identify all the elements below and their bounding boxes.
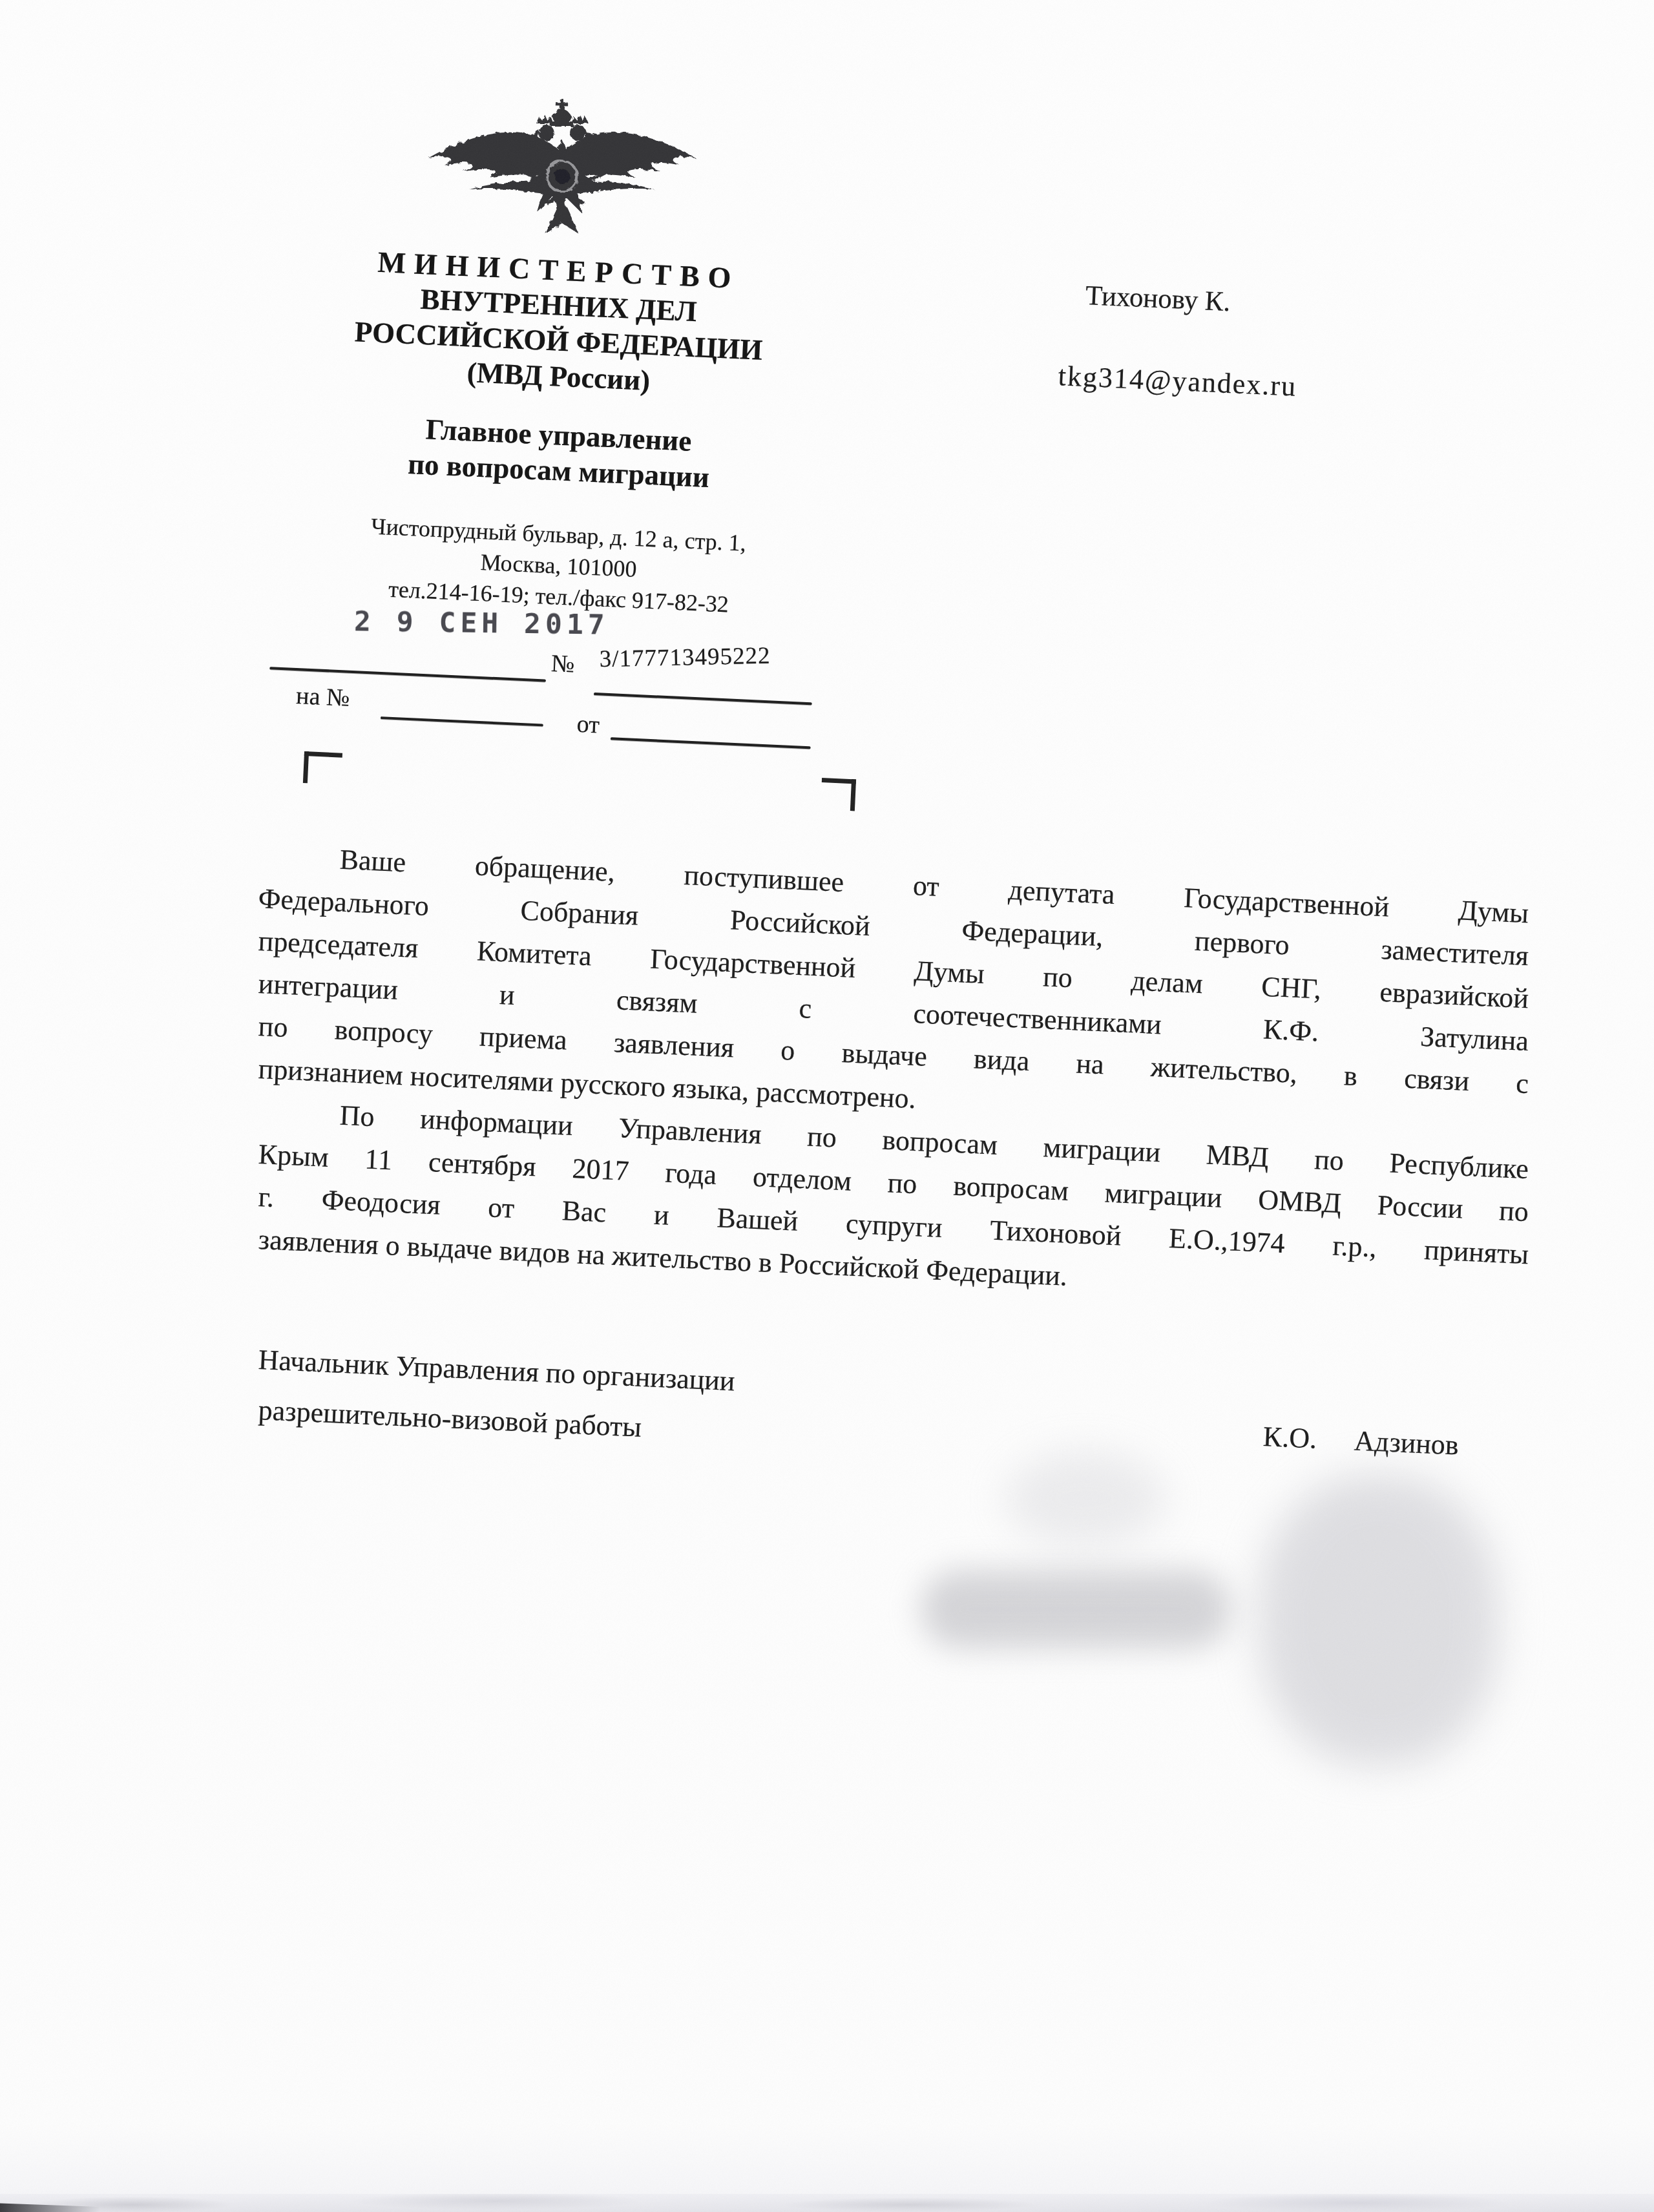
signer-initials: К.О. bbox=[1262, 1421, 1317, 1455]
addressee-name: Тихонову К. bbox=[1085, 280, 1231, 318]
scanned-letter-page: МИНИСТЕРСТВО ВНУТРЕННИХ ДЕЛ РОССИЙСКОЙ Ф… bbox=[0, 0, 1654, 2212]
date-rule-line bbox=[269, 667, 546, 682]
redacted-signature-smudge bbox=[1259, 1475, 1499, 1766]
eagle-central-crown bbox=[550, 99, 574, 127]
number-label: № bbox=[550, 649, 575, 679]
address-corner-mark-left bbox=[303, 751, 342, 785]
from-rule-line bbox=[611, 737, 811, 749]
letterhead: МИНИСТЕРСТВО ВНУТРЕННИХ ДЕЛ РОССИЙСКОЙ Ф… bbox=[294, 240, 824, 477]
outgoing-number: 3/177713495222 bbox=[599, 642, 771, 674]
reply-to-rule-line bbox=[381, 716, 543, 726]
signer-name: К.О.Адзинов bbox=[1262, 1420, 1460, 1462]
reference-row: № 3/177713495222 на № от bbox=[262, 630, 836, 778]
number-rule-line bbox=[594, 693, 812, 705]
addressee-email: tkg314@yandex.ru bbox=[1058, 359, 1297, 403]
mvd-eagle-emblem-icon bbox=[423, 98, 707, 237]
signer-position: Начальник Управления по организации разр… bbox=[258, 1335, 905, 1435]
scan-edge-band bbox=[0, 2194, 1654, 2212]
redacted-signature-smudge bbox=[1005, 1450, 1166, 1547]
from-label: от bbox=[576, 710, 600, 740]
letterhead-address: Чистопрудный бульвар, д. 12 а, стр. 1, М… bbox=[294, 507, 824, 600]
reply-to-label: на № bbox=[295, 682, 350, 713]
signer-surname: Адзинов bbox=[1354, 1424, 1460, 1461]
letter-body: Ваше обращение, поступившее от депутата … bbox=[258, 835, 1530, 1261]
address-corner-mark-right bbox=[821, 778, 856, 811]
redacted-signature-smudge bbox=[921, 1570, 1231, 1649]
